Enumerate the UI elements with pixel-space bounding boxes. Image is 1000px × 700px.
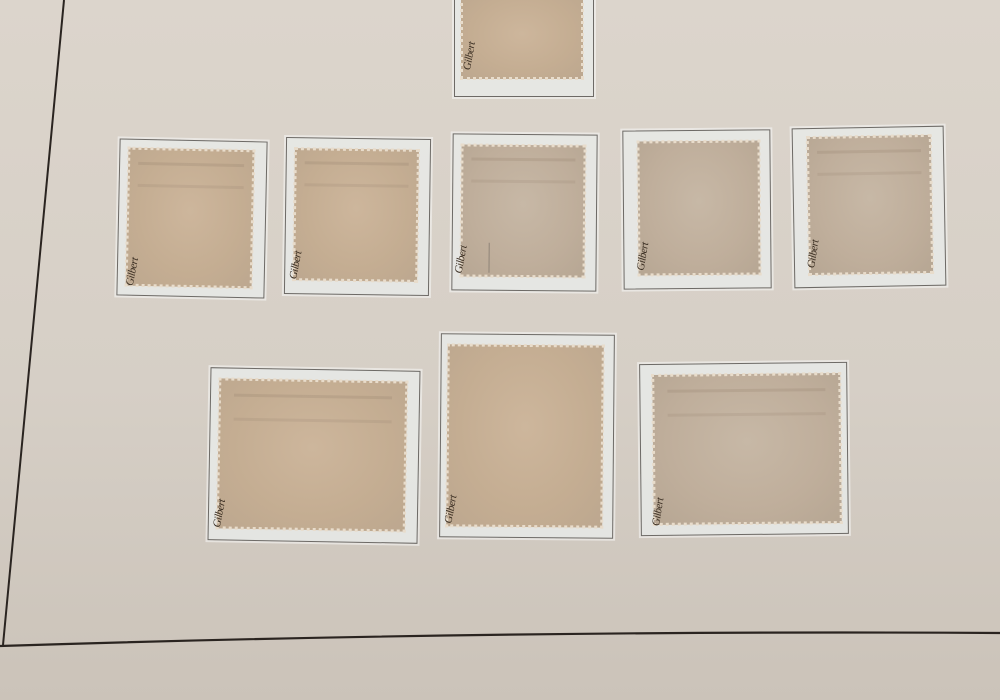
stamp-back (293, 148, 419, 282)
stamp-mount: Gilbert (439, 333, 615, 539)
stamp-back (652, 373, 842, 525)
stamp-mount: Gilbert (454, 0, 594, 97)
stamp-back (217, 378, 408, 531)
stamp-back (446, 344, 604, 527)
stamp-back (807, 135, 933, 275)
stamp-back (460, 144, 585, 277)
album-page: Gilbert Gilbert Gilbert Gilbert Gilbert … (0, 0, 1000, 700)
stamp-mount: Gilbert (792, 126, 947, 289)
stamp-mount: Gilbert (284, 137, 431, 296)
stamp-mount: Gilbert (622, 129, 771, 289)
stamp-back (126, 148, 255, 289)
stamp-mount: Gilbert (451, 133, 597, 291)
stamp-back (637, 140, 760, 275)
stamp-mount: Gilbert (116, 138, 267, 298)
stamp-mount: Gilbert (639, 362, 849, 536)
stamp-mount: Gilbert (208, 367, 421, 544)
stamp-back (461, 0, 583, 79)
